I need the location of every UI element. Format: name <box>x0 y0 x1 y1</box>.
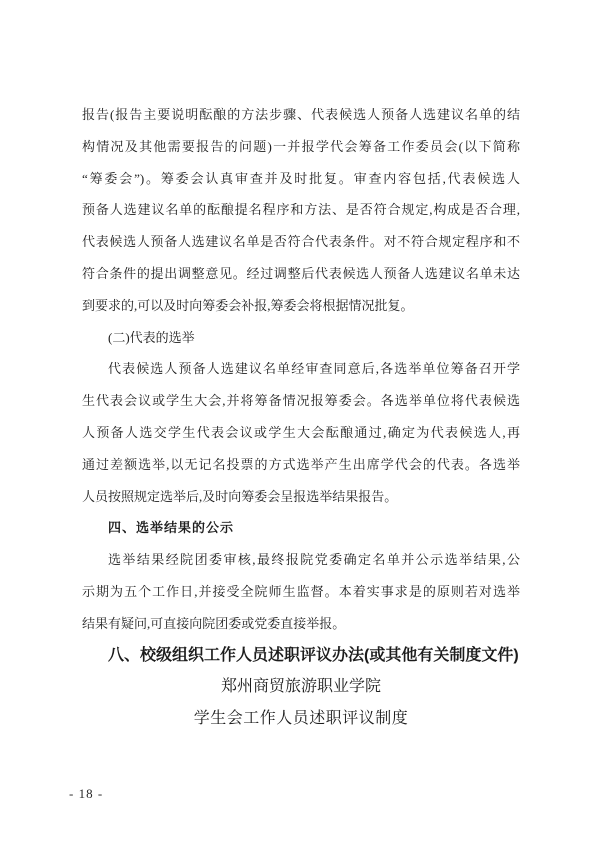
body-text-line: 代表候选人预备人选建议名单经审查同意后,各选举单位筹备召开学 <box>82 353 520 385</box>
section-heading: 四、选举结果的公示 <box>82 512 520 544</box>
body-text-line: 选举结果经院团委审核,最终报院党委确定名单并公示选举结果,公 <box>82 544 520 576</box>
body-text-line: 预备人选建议名单的酝酿提名程序和方法、是否符合规定,构成是否合理, <box>82 194 520 226</box>
body-text-line: 符合条件的提出调整意见。经过调整后代表候选人预备人选建议名单未达 <box>82 258 520 290</box>
document-title-line: 学生会工作人员述职评议制度 <box>82 703 520 735</box>
body-text-line: 人预备人选交学生代表会议或学生大会酝酿通过,确定为代表候选人,再 <box>82 417 520 449</box>
page-number: - 18 - <box>69 786 103 802</box>
chapter-heading: 八、校级组织工作人员述职评议办法(或其他有关制度文件) <box>82 640 520 672</box>
subsection-heading: (二)代表的选举 <box>82 322 520 354</box>
body-text-line: 生代表会议或学生大会,并将筹备情况报筹委会。各选举单位将代表候选 <box>82 385 520 417</box>
document-text-block: 报告(报告主要说明酝酿的方法步骤、代表候选人预备人选建议名单的结构情况及其他需要… <box>82 99 520 735</box>
body-text-line: 示期为五个工作日,并接受全院师生监督。本着实事求是的原则若对选举 <box>82 576 520 608</box>
body-text-line: “筹委会”)。筹委会认真审查并及时批复。审查内容包括,代表候选人 <box>82 163 520 195</box>
body-text-line: 人员按照规定选举后,及时向筹委会呈报选举结果报告。 <box>82 481 520 513</box>
body-text-line: 到要求的,可以及时向筹委会补报,筹委会将根据情况批复。 <box>82 290 520 322</box>
body-text-line: 结果有疑问,可直接向院团委或党委直接举报。 <box>82 608 520 640</box>
body-text-line: 构情况及其他需要报告的问题)一并报学代会筹备工作委员会(以下简称 <box>82 131 520 163</box>
body-text-line: 报告(报告主要说明酝酿的方法步骤、代表候选人预备人选建议名单的结 <box>82 99 520 131</box>
org-name-line: 郑州商贸旅游职业学院 <box>82 671 520 703</box>
document-page: 报告(报告主要说明酝酿的方法步骤、代表候选人预备人选建议名单的结构情况及其他需要… <box>0 0 600 848</box>
body-text-line: 通过差额选举,以无记名投票的方式选举产生出席学代会的代表。各选举 <box>82 449 520 481</box>
body-text-line: 代表候选人预备人选建议名单是否符合代表条件。对不符合规定程序和不 <box>82 226 520 258</box>
